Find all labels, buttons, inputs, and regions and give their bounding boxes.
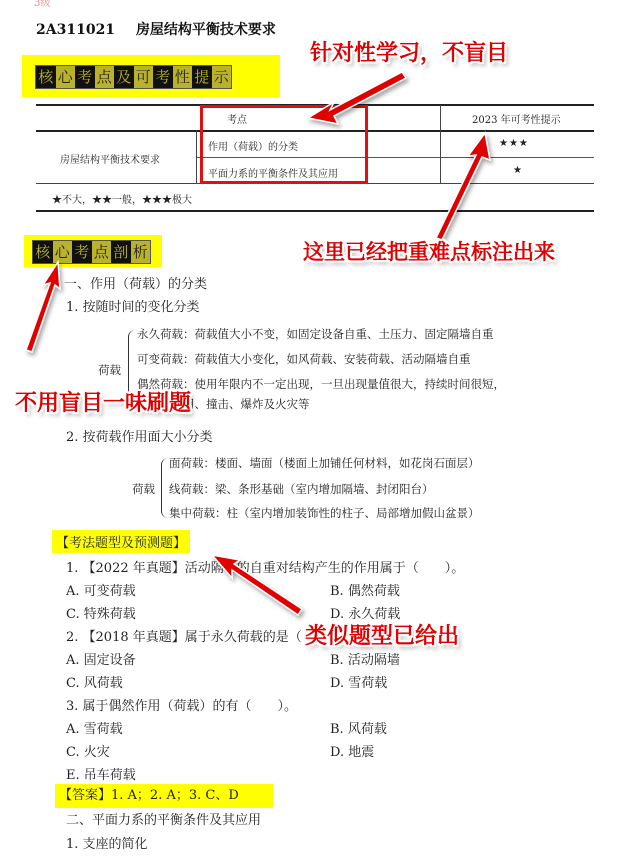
core-analysis-badge: 核 心 考 点 剖 析 — [32, 240, 151, 264]
load-type-item: 永久荷载：荷载值大小不变，如固定设备自重、土压力、固定隔墙自重 — [137, 326, 494, 342]
load-area-item: 线荷载：梁、条形基础（室内增加隔墙、封闭阳台） — [169, 481, 434, 497]
badge-char: 考 — [153, 66, 173, 88]
load-group-label: 荷载 — [132, 481, 155, 497]
question-option: C. 火灾 — [66, 741, 110, 760]
badge-char: 心 — [53, 241, 73, 263]
table-row-group: 房屋结构平衡技术要求 — [60, 151, 160, 166]
question-option: E. 吊车荷载 — [66, 764, 136, 783]
core-points-badge: 核 心 考 点 及 可 考 性 提 示 — [35, 65, 232, 89]
table-col-divider — [440, 105, 441, 183]
badge-char: 心 — [56, 66, 76, 88]
badge-char: 提 — [192, 66, 212, 88]
badge-char: 及 — [114, 66, 134, 88]
question-option: C. 特殊荷载 — [66, 603, 136, 622]
load-area-item: 集中荷载：柱（室内增加装饰性的柱子、局部增加假山盆景） — [169, 505, 480, 521]
core-analysis-highlight: 核 心 考 点 剖 析 — [24, 235, 162, 267]
arrow-icon — [436, 133, 490, 240]
badge-char: 点 — [95, 66, 115, 88]
badge-char: 析 — [131, 241, 151, 263]
badge-char: 可 — [134, 66, 154, 88]
question-option: D. 雪荷载 — [330, 672, 387, 691]
table-bottom-rule — [36, 210, 594, 212]
top-mark: 3级 — [34, 0, 50, 9]
load-type-item: 偶然荷载：使用年限内不一定出现，一旦出现量值很大，持续时间很短， — [137, 376, 505, 392]
badge-char: 示 — [212, 66, 232, 88]
badge-char: 性 — [173, 66, 193, 88]
section-name: 房屋结构平衡技术要求 — [136, 22, 276, 38]
question-stem: 3. 属于偶然作用（荷载）的有（ ）。 — [66, 695, 297, 714]
callout-similar-questions: 类似题型已给出 — [305, 619, 459, 650]
question-option: B. 偶然荷载 — [330, 580, 400, 599]
arrow-icon — [26, 262, 60, 352]
callout-no-blind-practice: 不用盲目一味刷题 — [15, 386, 191, 417]
table-legend: ★不大，★★一般，★★★极大 — [52, 191, 192, 206]
section-title: 2A311021 房屋结构平衡技术要求 — [36, 19, 276, 39]
badge-char: 剖 — [111, 241, 131, 263]
question-stem: 1. 【2022 年真题】活动隔墙的自重对结构产生的作用属于（ ）。 — [66, 557, 464, 576]
load-type-item: 可变荷载：荷载值大小变化，如风荷载、安装荷载、活动隔墙自重 — [137, 351, 471, 367]
callout-key-points-marked: 这里已经把重难点标注出来 — [303, 236, 555, 266]
heading-plane-force: 二、平面力系的平衡条件及其应用 — [66, 809, 261, 828]
badge-char: 考 — [72, 241, 92, 263]
question-option: A. 可变荷载 — [66, 580, 136, 599]
table-col-divider — [196, 130, 197, 183]
key-points-red-box — [200, 105, 368, 184]
core-points-highlight: 核 心 考 点 及 可 考 性 提 示 — [22, 55, 280, 97]
load-group-label: 荷载 — [98, 362, 121, 378]
badge-char: 核 — [33, 241, 53, 263]
exam-section-title: 【考法题型及预测题】 — [52, 530, 190, 553]
brace — [161, 458, 168, 518]
question-option: C. 风荷载 — [66, 672, 123, 691]
question-option: A. 雪荷载 — [66, 718, 123, 737]
question-option: D. 地震 — [330, 741, 374, 760]
question-option: A. 固定设备 — [66, 649, 136, 668]
table-cell-stars: ★ — [513, 165, 522, 176]
badge-char: 核 — [36, 66, 56, 88]
answer-key: 【答案】1. A；2. A；3. C、D — [55, 784, 273, 808]
section-code: 2A311021 — [36, 22, 115, 38]
subheading-by-area: 2. 按荷载作用面大小分类 — [66, 426, 213, 445]
subheading-by-time: 1. 按随时间的变化分类 — [66, 296, 200, 315]
badge-char: 点 — [92, 241, 112, 263]
heading-load-classification: 一、作用（荷载）的分类 — [64, 273, 207, 292]
subheading-support: 1. 支座的简化 — [66, 833, 148, 852]
load-area-item: 面荷载：楼面、墙面（楼面上加铺任何材料，如花岗石面层） — [169, 455, 480, 471]
callout-targeted-learning: 针对性学习，不盲目 — [310, 36, 508, 67]
question-option: B. 活动隔墙 — [330, 649, 400, 668]
table-header-hint: 2023 年可考性提示 — [472, 111, 561, 126]
question-option: B. 风荷载 — [330, 718, 387, 737]
table-cell-stars: ★★★ — [499, 138, 529, 149]
badge-char: 考 — [75, 66, 95, 88]
